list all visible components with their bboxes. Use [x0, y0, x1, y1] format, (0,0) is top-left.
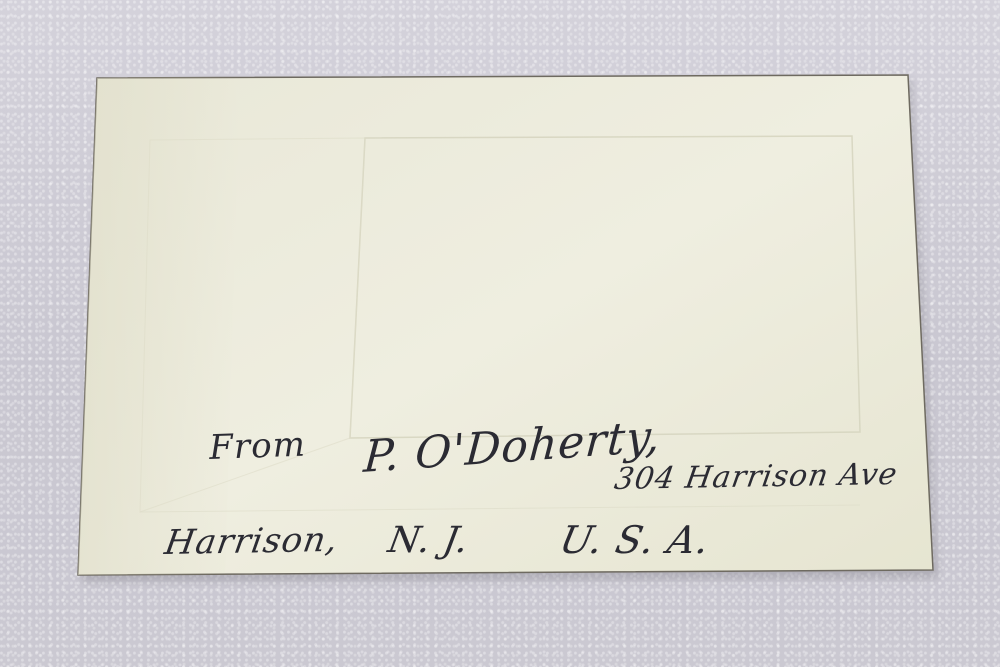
handwriting-city: Harrison, — [162, 520, 341, 563]
handwriting-country: U. S. A. — [556, 518, 714, 562]
photo-scene: From P. O'Doherty, 304 Harrison Ave Harr… — [0, 0, 1000, 667]
handwriting-state: N. J. — [385, 520, 472, 561]
card — [0, 0, 1000, 667]
handwriting-street-address: 304 Harrison Ave — [612, 457, 900, 497]
handwriting-from: From — [209, 425, 307, 468]
